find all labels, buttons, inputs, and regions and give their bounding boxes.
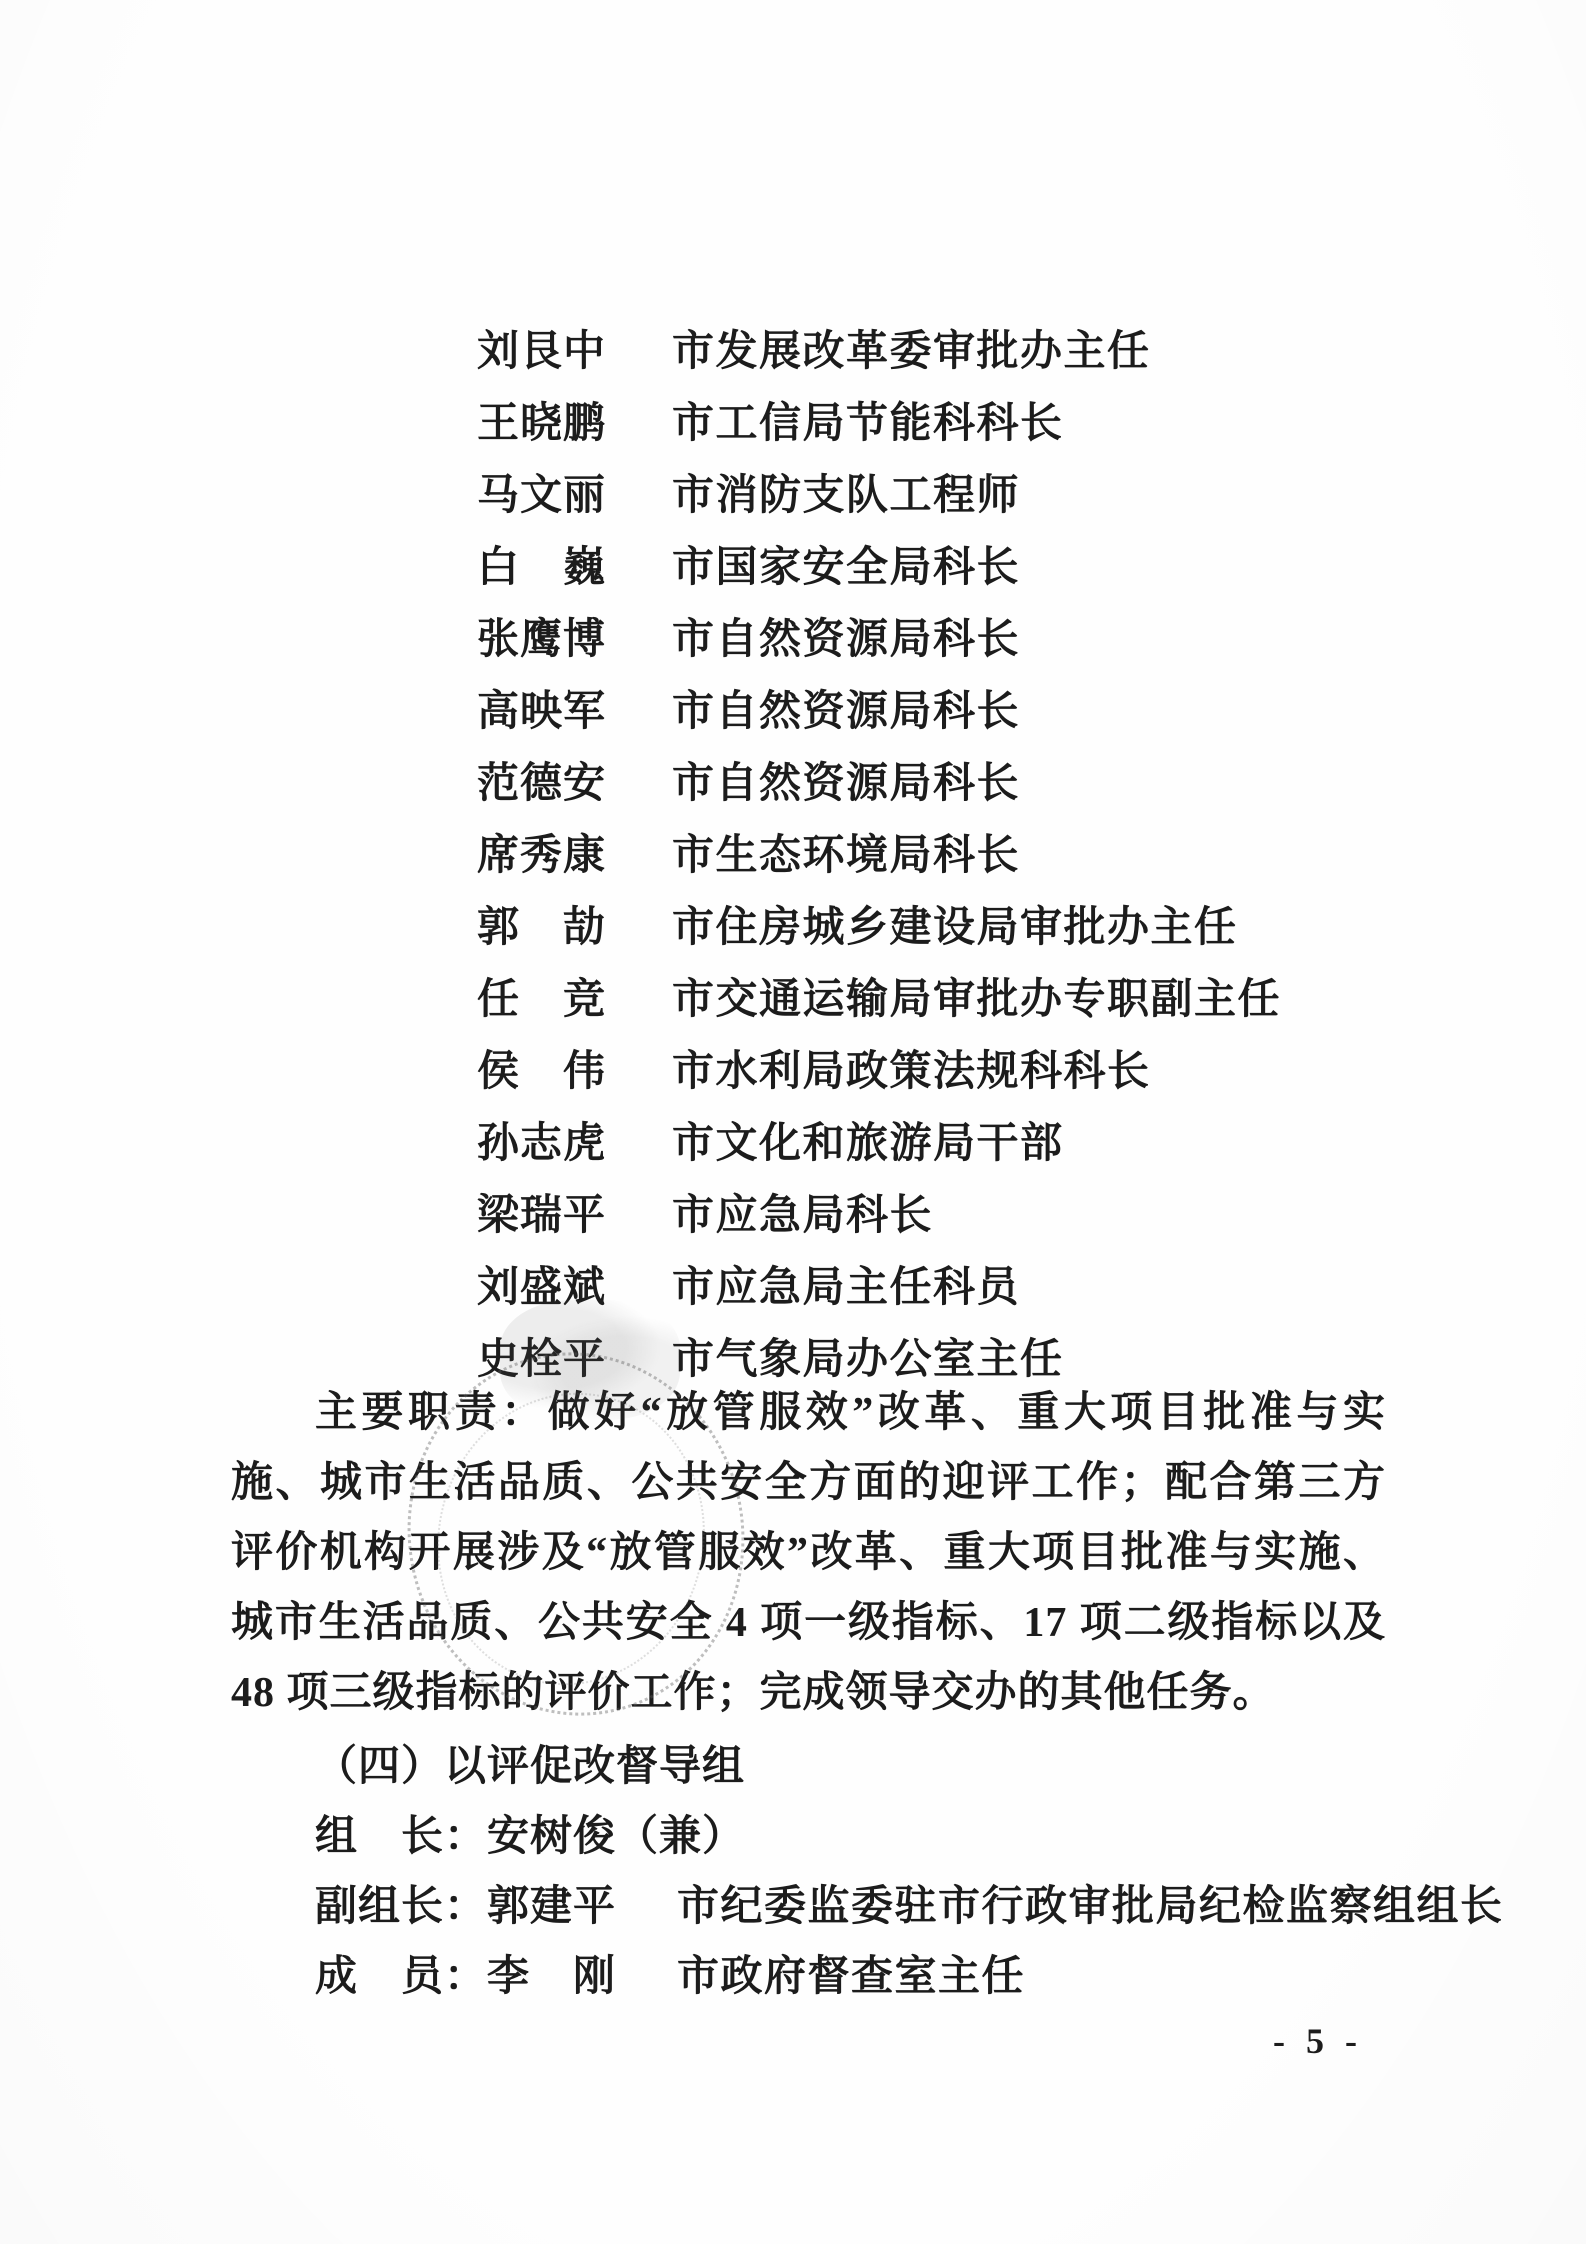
member-name: 刘盛斌 — [477, 1254, 672, 1314]
member-title: 市住房城乡建设局审批办主任 — [672, 894, 1238, 954]
member-name: 史栓平 — [477, 1326, 672, 1386]
roster-row: 马文丽市消防支队工程师 — [477, 456, 1466, 528]
roster-row: 侯 伟市水利局政策法规科科长 — [477, 1032, 1466, 1104]
personnel-roster: 刘艮中市发展改革委审批办主任王晓鹏市工信局节能科科长马文丽市消防支队工程师白 巍… — [477, 312, 1466, 1392]
member-name: 范德安 — [477, 750, 672, 810]
section-heading: （四）以评促改督导组 — [231, 1732, 1466, 1802]
member-title: 市自然资源局科长 — [672, 750, 1020, 810]
leader-role-name: 组 长：安树俊（兼） — [315, 1802, 677, 1872]
member-name: 梁瑞平 — [477, 1182, 672, 1242]
member-name: 马文丽 — [477, 462, 672, 522]
member-name: 高映军 — [477, 678, 672, 738]
member-title: 市交通运输局审批办专职副主任 — [672, 966, 1281, 1026]
member-title: 市应急局主任科员 — [672, 1254, 1020, 1314]
member-name: 白 巍 — [477, 534, 672, 594]
roster-row: 高映军市自然资源局科长 — [477, 672, 1466, 744]
leader-line: 副组长：郭建平市纪委监委驻市行政审批局纪检监察组组长 — [231, 1872, 1466, 1942]
leader-line: 成 员：李 刚市政府督查室主任 — [231, 1942, 1466, 2012]
roster-row: 范德安市自然资源局科长 — [477, 744, 1466, 816]
member-title: 市文化和旅游局干部 — [672, 1110, 1064, 1170]
member-name: 刘艮中 — [477, 318, 672, 378]
roster-row: 任 竞市交通运输局审批办专职副主任 — [477, 960, 1466, 1032]
member-name: 席秀康 — [477, 822, 672, 882]
roster-row: 刘艮中市发展改革委审批办主任 — [477, 312, 1466, 384]
section-leader-lines: 组 长：安树俊（兼）副组长：郭建平市纪委监委驻市行政审批局纪检监察组组长成 员：… — [231, 1802, 1466, 2012]
page-number: - 5 - — [1248, 2020, 1388, 2062]
member-title: 市气象局办公室主任 — [672, 1326, 1064, 1386]
member-title: 市消防支队工程师 — [672, 462, 1020, 522]
member-name: 郭 劼 — [477, 894, 672, 954]
leader-title: 市纪委监委驻市行政审批局纪检监察组组长 — [677, 1884, 1504, 1930]
member-name: 任 竞 — [477, 966, 672, 1026]
roster-row: 张鹰博市自然资源局科长 — [477, 600, 1466, 672]
roster-row: 郭 劼市住房城乡建设局审批办主任 — [477, 888, 1466, 960]
leader-role-name: 成 员：李 刚 — [315, 1942, 677, 2012]
member-title: 市自然资源局科长 — [672, 606, 1020, 666]
roster-row: 刘盛斌市应急局主任科员 — [477, 1248, 1466, 1320]
member-title: 市发展改革委审批办主任 — [672, 318, 1151, 378]
member-name: 孙志虎 — [477, 1110, 672, 1170]
roster-row: 席秀康市生态环境局科长 — [477, 816, 1466, 888]
member-title: 市水利局政策法规科科长 — [672, 1038, 1151, 1098]
member-title: 市自然资源局科长 — [672, 678, 1020, 738]
leader-title: 市政府督查室主任 — [677, 1954, 1025, 2000]
roster-row: 王晓鹏市工信局节能科科长 — [477, 384, 1466, 456]
member-name: 王晓鹏 — [477, 390, 672, 450]
duties-paragraph: 主要职责：做好“放管服效”改革、重大项目批准与实施、城市生活品质、公共安全方面的… — [231, 1378, 1386, 1728]
member-name: 侯 伟 — [477, 1038, 672, 1098]
member-title: 市应急局科长 — [672, 1182, 933, 1242]
roster-row: 梁瑞平市应急局科长 — [477, 1176, 1466, 1248]
member-title: 市工信局节能科科长 — [672, 390, 1064, 450]
roster-row: 白 巍市国家安全局科长 — [477, 528, 1466, 600]
member-title: 市生态环境局科长 — [672, 822, 1020, 882]
member-title: 市国家安全局科长 — [672, 534, 1020, 594]
group-section: （四）以评促改督导组 组 长：安树俊（兼）副组长：郭建平市纪委监委驻市行政审批局… — [231, 1732, 1466, 2012]
member-name: 张鹰博 — [477, 606, 672, 666]
document-page: 刘艮中市发展改革委审批办主任王晓鹏市工信局节能科科长马文丽市消防支队工程师白 巍… — [0, 0, 1586, 2244]
leader-line: 组 长：安树俊（兼） — [231, 1802, 1466, 1872]
leader-role-name: 副组长：郭建平 — [315, 1872, 677, 1942]
roster-row: 孙志虎市文化和旅游局干部 — [477, 1104, 1466, 1176]
